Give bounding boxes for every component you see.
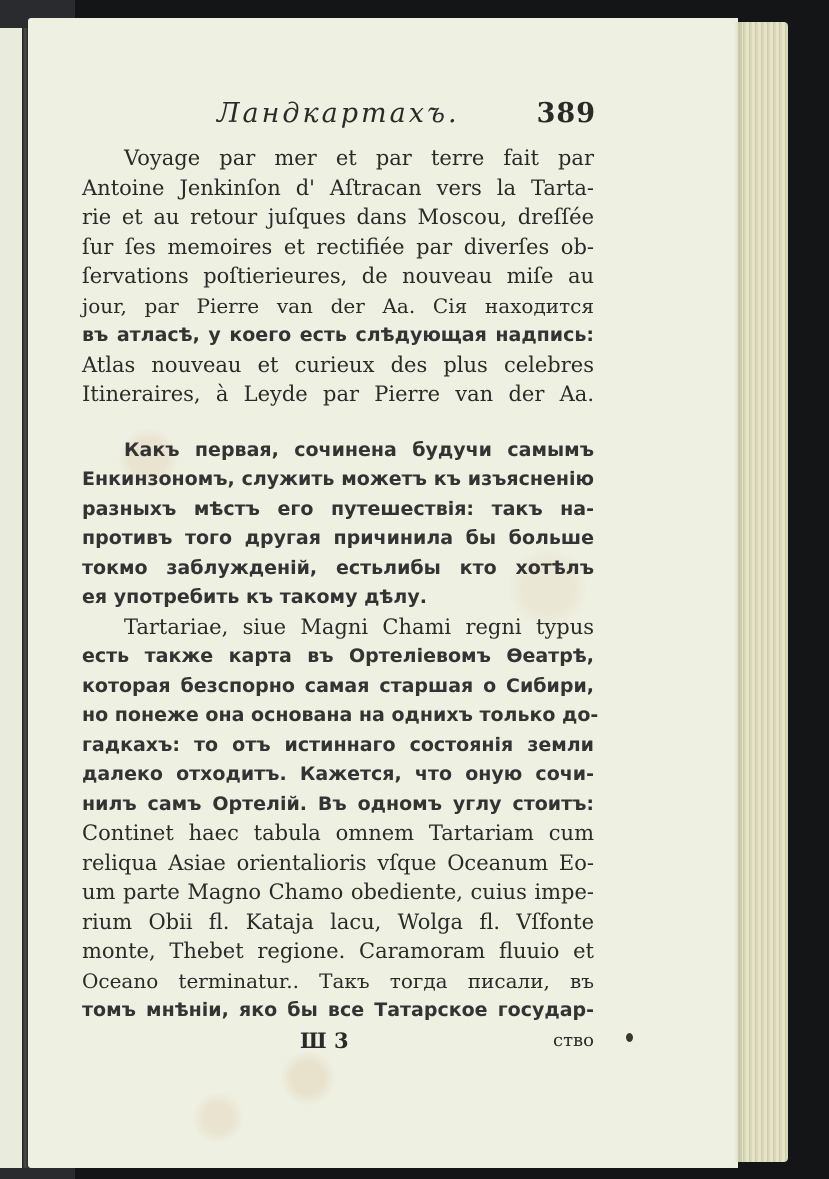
page-block-edges	[738, 22, 788, 1162]
text-line: rium Obii fl. Kataja lacu, Wolga fl. Vſf…	[82, 908, 594, 938]
page-footer: Ш 3 ство	[82, 1028, 594, 1060]
page-edge-shadow	[734, 22, 742, 1162]
text-line: ſur ſes memoires et rectifiée par diverſ…	[82, 233, 594, 263]
signature-mark: Ш 3	[300, 1028, 349, 1053]
paragraph-tartariae: Tartariae, siue Magni Chami regni typus …	[82, 613, 594, 1026]
text-line: um parte Magno Chamo obediente, cuius im…	[82, 878, 594, 908]
text-line: Itineraires, à Leyde par Pierre van der …	[82, 380, 594, 410]
running-title: Ландкартахъ.	[217, 98, 460, 129]
page-number: 389	[537, 98, 596, 129]
text-line: reliqua Asiae orientalioris vſque Oceanu…	[82, 849, 594, 879]
catchword: ство	[553, 1030, 594, 1051]
text-line: но понеже она основана на однихъ только …	[82, 701, 594, 731]
text-line: разныхъ мѣстъ его путешествія: такъ на-	[82, 495, 594, 525]
text-line: Енкинзономъ, служить можетъ къ изъяснені…	[82, 465, 594, 495]
text-line: ſervations poſtierieures, de nouveau miſ…	[82, 262, 594, 292]
text-line: Oceano terminatur.. Такъ тогда писали, в…	[82, 967, 594, 997]
left-page-edge	[0, 28, 22, 1168]
text-line: Какъ первая, сочинена будучи самымъ	[82, 436, 594, 466]
text-line: jour, par Pierre van der Aa. Сія находит…	[82, 292, 594, 322]
text-line: Continet haec tabula omnem Tartariam cum	[82, 819, 594, 849]
text-line: въ атласѣ, у коего есть слѣдующая надпис…	[82, 321, 594, 351]
text-line: monte, Thebet regione. Caramoram fluuio …	[82, 937, 594, 967]
paragraph-voyage: Voyage par mer et par terre fait par Ant…	[82, 144, 594, 410]
text-line: томъ мнѣніи, яко бы все Татарское госуда…	[82, 996, 594, 1026]
text-line: токмо заблужденій, естьлибы кто хотѣлъ	[82, 554, 594, 584]
text-line: Atlas nouveau et curieux des plus celebr…	[82, 351, 594, 381]
paragraph-comparison: Какъ первая, сочинена будучи самымъ Енки…	[82, 436, 594, 613]
text-line: rie et au retour juſques dans Moscou, dr…	[82, 203, 594, 233]
text-line: ея употребить къ такому дѣлу.	[82, 583, 594, 613]
text-line: гадкахъ: то отъ истиннаго состоянія земл…	[82, 731, 594, 761]
text-line: которая безспорно самая старшая о Сибири…	[82, 672, 594, 702]
text-line: нилъ самъ Ортелій. Въ одномъ углу стоитъ…	[82, 790, 594, 820]
paragraph-gap	[82, 410, 594, 436]
page-text: Ландкартахъ. 389 Voyage par mer et par t…	[82, 98, 594, 1060]
text-line: Antoine Jenkinſon d' Aſtracan vers la Ta…	[82, 174, 594, 204]
text-line: противъ того другая причинила бы больше	[82, 524, 594, 554]
text-line: Voyage par mer et par terre fait par	[82, 144, 594, 174]
text-line: далеко отходитъ. Кажется, что оную сочи-	[82, 760, 594, 790]
running-head: Ландкартахъ. 389	[82, 98, 594, 144]
paper-speck	[626, 1033, 633, 1042]
text-line: Tartariae, siue Magni Chami regni typus	[82, 613, 594, 643]
text-line: есть также карта въ Ортеліевомъ Ѳеатрѣ,	[82, 642, 594, 672]
